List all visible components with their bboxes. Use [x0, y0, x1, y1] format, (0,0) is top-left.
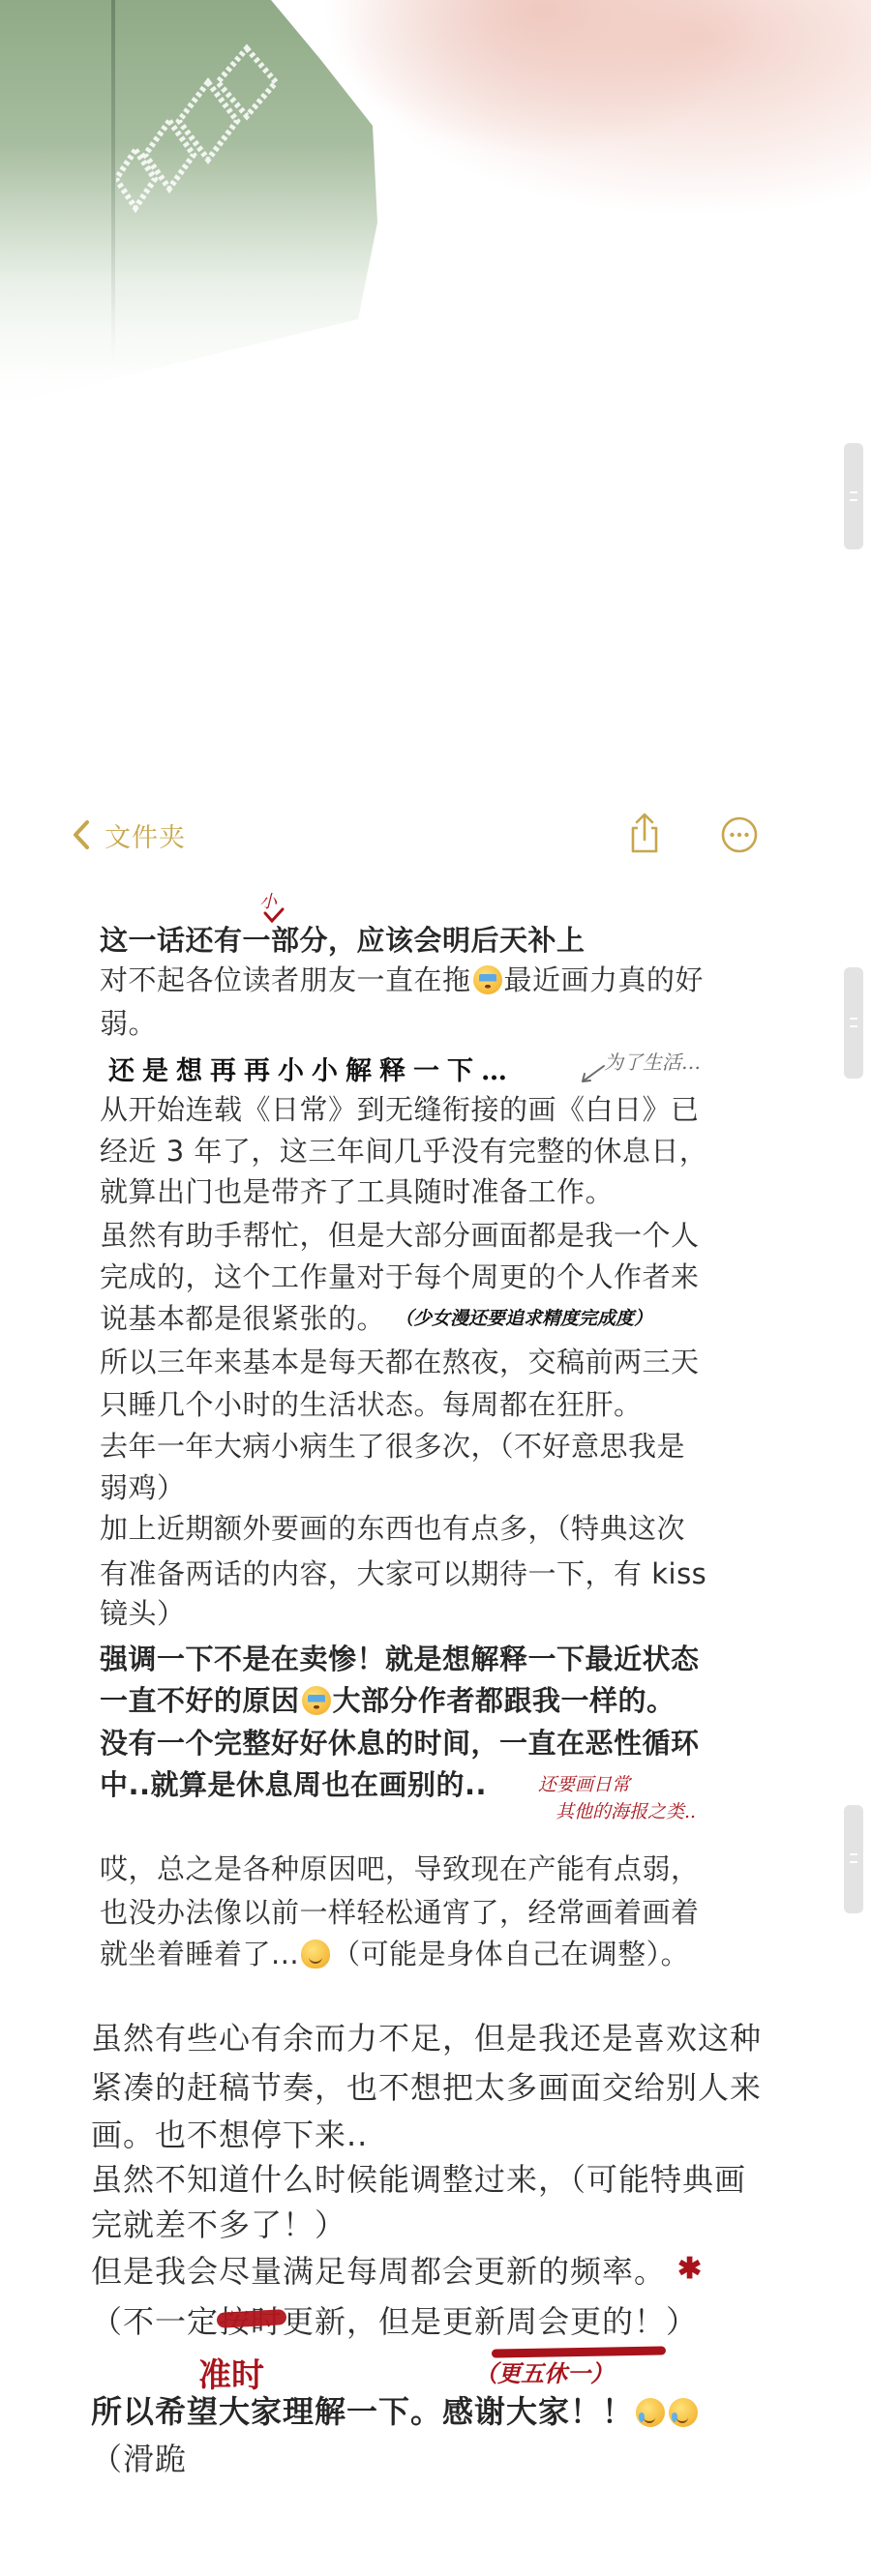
- share-icon[interactable]: [627, 813, 662, 855]
- note-line: 一直不好的原因大部分作者都跟我一样的。: [100, 1680, 676, 1721]
- scroll-grip: [850, 499, 857, 501]
- note-line: 这一话还有一部分，应该会明后天补上: [100, 920, 586, 961]
- note-text: 更新，但是: [283, 2303, 442, 2340]
- annotation-daily-posters-line1: 还要画日常: [538, 1770, 630, 1796]
- note-line: 镜头）: [100, 1593, 186, 1634]
- artwork-diamond-pattern: [116, 24, 329, 218]
- note-text: 最近画力真的好: [504, 963, 705, 996]
- note-line: 虽然不知道什么时候能调整过来，（可能特典画: [91, 2157, 746, 2202]
- note-line: 所以三年来基本是每天都在熬夜，交稿前两三天: [100, 1342, 700, 1382]
- note-line: 画。也不想停下来..: [91, 2113, 368, 2157]
- annotation-on-time: 准时: [198, 2349, 264, 2396]
- note-line: 虽然有助手帮忙，但是大部分画面都是我一个人: [100, 1215, 700, 1256]
- annotation-for-living: 为了生活…: [604, 1047, 701, 1075]
- smiling-face-with-tear-emoji-icon: [669, 2398, 698, 2427]
- note-line: 弱鸡）: [100, 1467, 186, 1508]
- annotation-five-on-one-off: （更五休一）: [474, 2354, 614, 2388]
- header-artwork: [0, 0, 871, 464]
- chevron-left-icon: [70, 818, 95, 851]
- note-line: 中..就算是休息周也在画别的..: [100, 1764, 487, 1805]
- note-line: 也没办法像以前一样轻松通宵了，经常画着画着: [100, 1892, 700, 1933]
- scroll-grip: [850, 1025, 857, 1027]
- note-line: （滑跪: [91, 2437, 187, 2481]
- note-text: （不一定: [91, 2303, 219, 2340]
- note-line: 经近 3 年了，这三年间几乎没有完整的休息日，: [100, 1131, 707, 1171]
- scroll-grip: [850, 1853, 857, 1855]
- note-line: 只睡几个小时的生活状态。每周都在狂肝。: [100, 1384, 643, 1425]
- notes-navbar: 文件夹: [0, 811, 871, 859]
- crying-face-emoji-icon: [302, 1686, 331, 1715]
- note-text: 大部分作者都跟我一样的。: [333, 1684, 676, 1717]
- note-line: 加上近期额外要画的东西也有点多，（特典这次: [100, 1508, 685, 1549]
- caret-mark-icon: [263, 907, 285, 923]
- note-line: 虽然有些心有余而力不足，但是我还是喜欢这种: [91, 2016, 762, 2060]
- crying-face-emoji-icon: [473, 965, 502, 994]
- note-text: 一直不好的原因: [100, 1684, 300, 1717]
- note-line: 就坐着睡着了...（可能是身体自己在调整）。: [100, 1934, 689, 1974]
- note-line: 完就差不多了！）: [91, 2203, 346, 2247]
- note-text: （可能是身体自己在调整）。: [332, 1938, 689, 1970]
- note-line: 但是我会尽量满足每周都会更新的频率。: [91, 2249, 666, 2294]
- note-text: 所以希望大家理解一下。感谢大家！！: [91, 2393, 634, 2430]
- melting-face-emoji-icon: [301, 1939, 330, 1969]
- more-ellipsis-icon[interactable]: [720, 815, 759, 854]
- note-line: 就算出门也是带齐了工具随时准备工作。: [100, 1171, 614, 1212]
- note-text: 就坐着睡着了...: [100, 1938, 299, 1970]
- note-line: 哎，总之是各种原因吧，导致现在产能有点弱，: [100, 1849, 700, 1889]
- scroll-handle[interactable]: [844, 1805, 863, 1913]
- struck-out-text: 按时: [219, 2299, 283, 2344]
- note-line: 从开始连载《日常》到无缝衔接的画《白日》已: [100, 1089, 700, 1130]
- note-line: 所以希望大家理解一下。感谢大家！！: [91, 2389, 700, 2434]
- note-line: 没有一个完整好好休息的时间，一直在恶性循环: [100, 1723, 700, 1763]
- note-line: 说基本都是很紧张的。: [100, 1298, 385, 1339]
- annotation-shoujo-precision: （少女漫还要追求精度完成度）: [395, 1304, 652, 1330]
- smiling-face-with-tear-emoji-icon: [636, 2398, 665, 2427]
- note-line: 完成的，这个工作量对于每个周更的个人作者来: [100, 1257, 700, 1297]
- note-line-handwriting-font: 还是想再再小小解释一下…: [108, 1051, 515, 1092]
- scroll-grip: [850, 491, 857, 493]
- note-line: 去年一年大病小病生了很多次，（不好意思我是: [100, 1426, 685, 1466]
- back-to-folders-button[interactable]: 文件夹: [70, 814, 186, 855]
- scroll-grip: [850, 1861, 857, 1863]
- note-line: （不一定按时更新，但是更新周会更的！）: [91, 2299, 698, 2344]
- note-text: 对不起各位读者朋友一直在拖: [100, 963, 471, 996]
- note-text-underlined: 更新周会更的！）: [442, 2303, 698, 2340]
- note-line: 强调一下不是在卖惨！就是想解释一下最近状态: [100, 1639, 700, 1679]
- scroll-handle[interactable]: [844, 443, 863, 549]
- annotation-star-mark: ✱: [677, 2252, 702, 2286]
- artwork-fade: [0, 290, 871, 484]
- scroll-handle[interactable]: [844, 967, 863, 1079]
- note-line: 紧凑的赶稿节奏，也不想把太多画面交给别人来: [91, 2065, 762, 2110]
- note-line: 有准备两话的内容，大家可以期待一下，有 kiss: [100, 1554, 706, 1594]
- note-line: 对不起各位读者朋友一直在拖最近画力真的好: [100, 960, 704, 1000]
- scroll-grip: [850, 1018, 857, 1020]
- arrow-annotation-icon: [579, 1062, 606, 1085]
- annotation-daily-posters-line2: 其他的海报之类..: [556, 1797, 696, 1823]
- back-label: 文件夹: [105, 816, 186, 854]
- note-line: 弱。: [100, 1003, 157, 1044]
